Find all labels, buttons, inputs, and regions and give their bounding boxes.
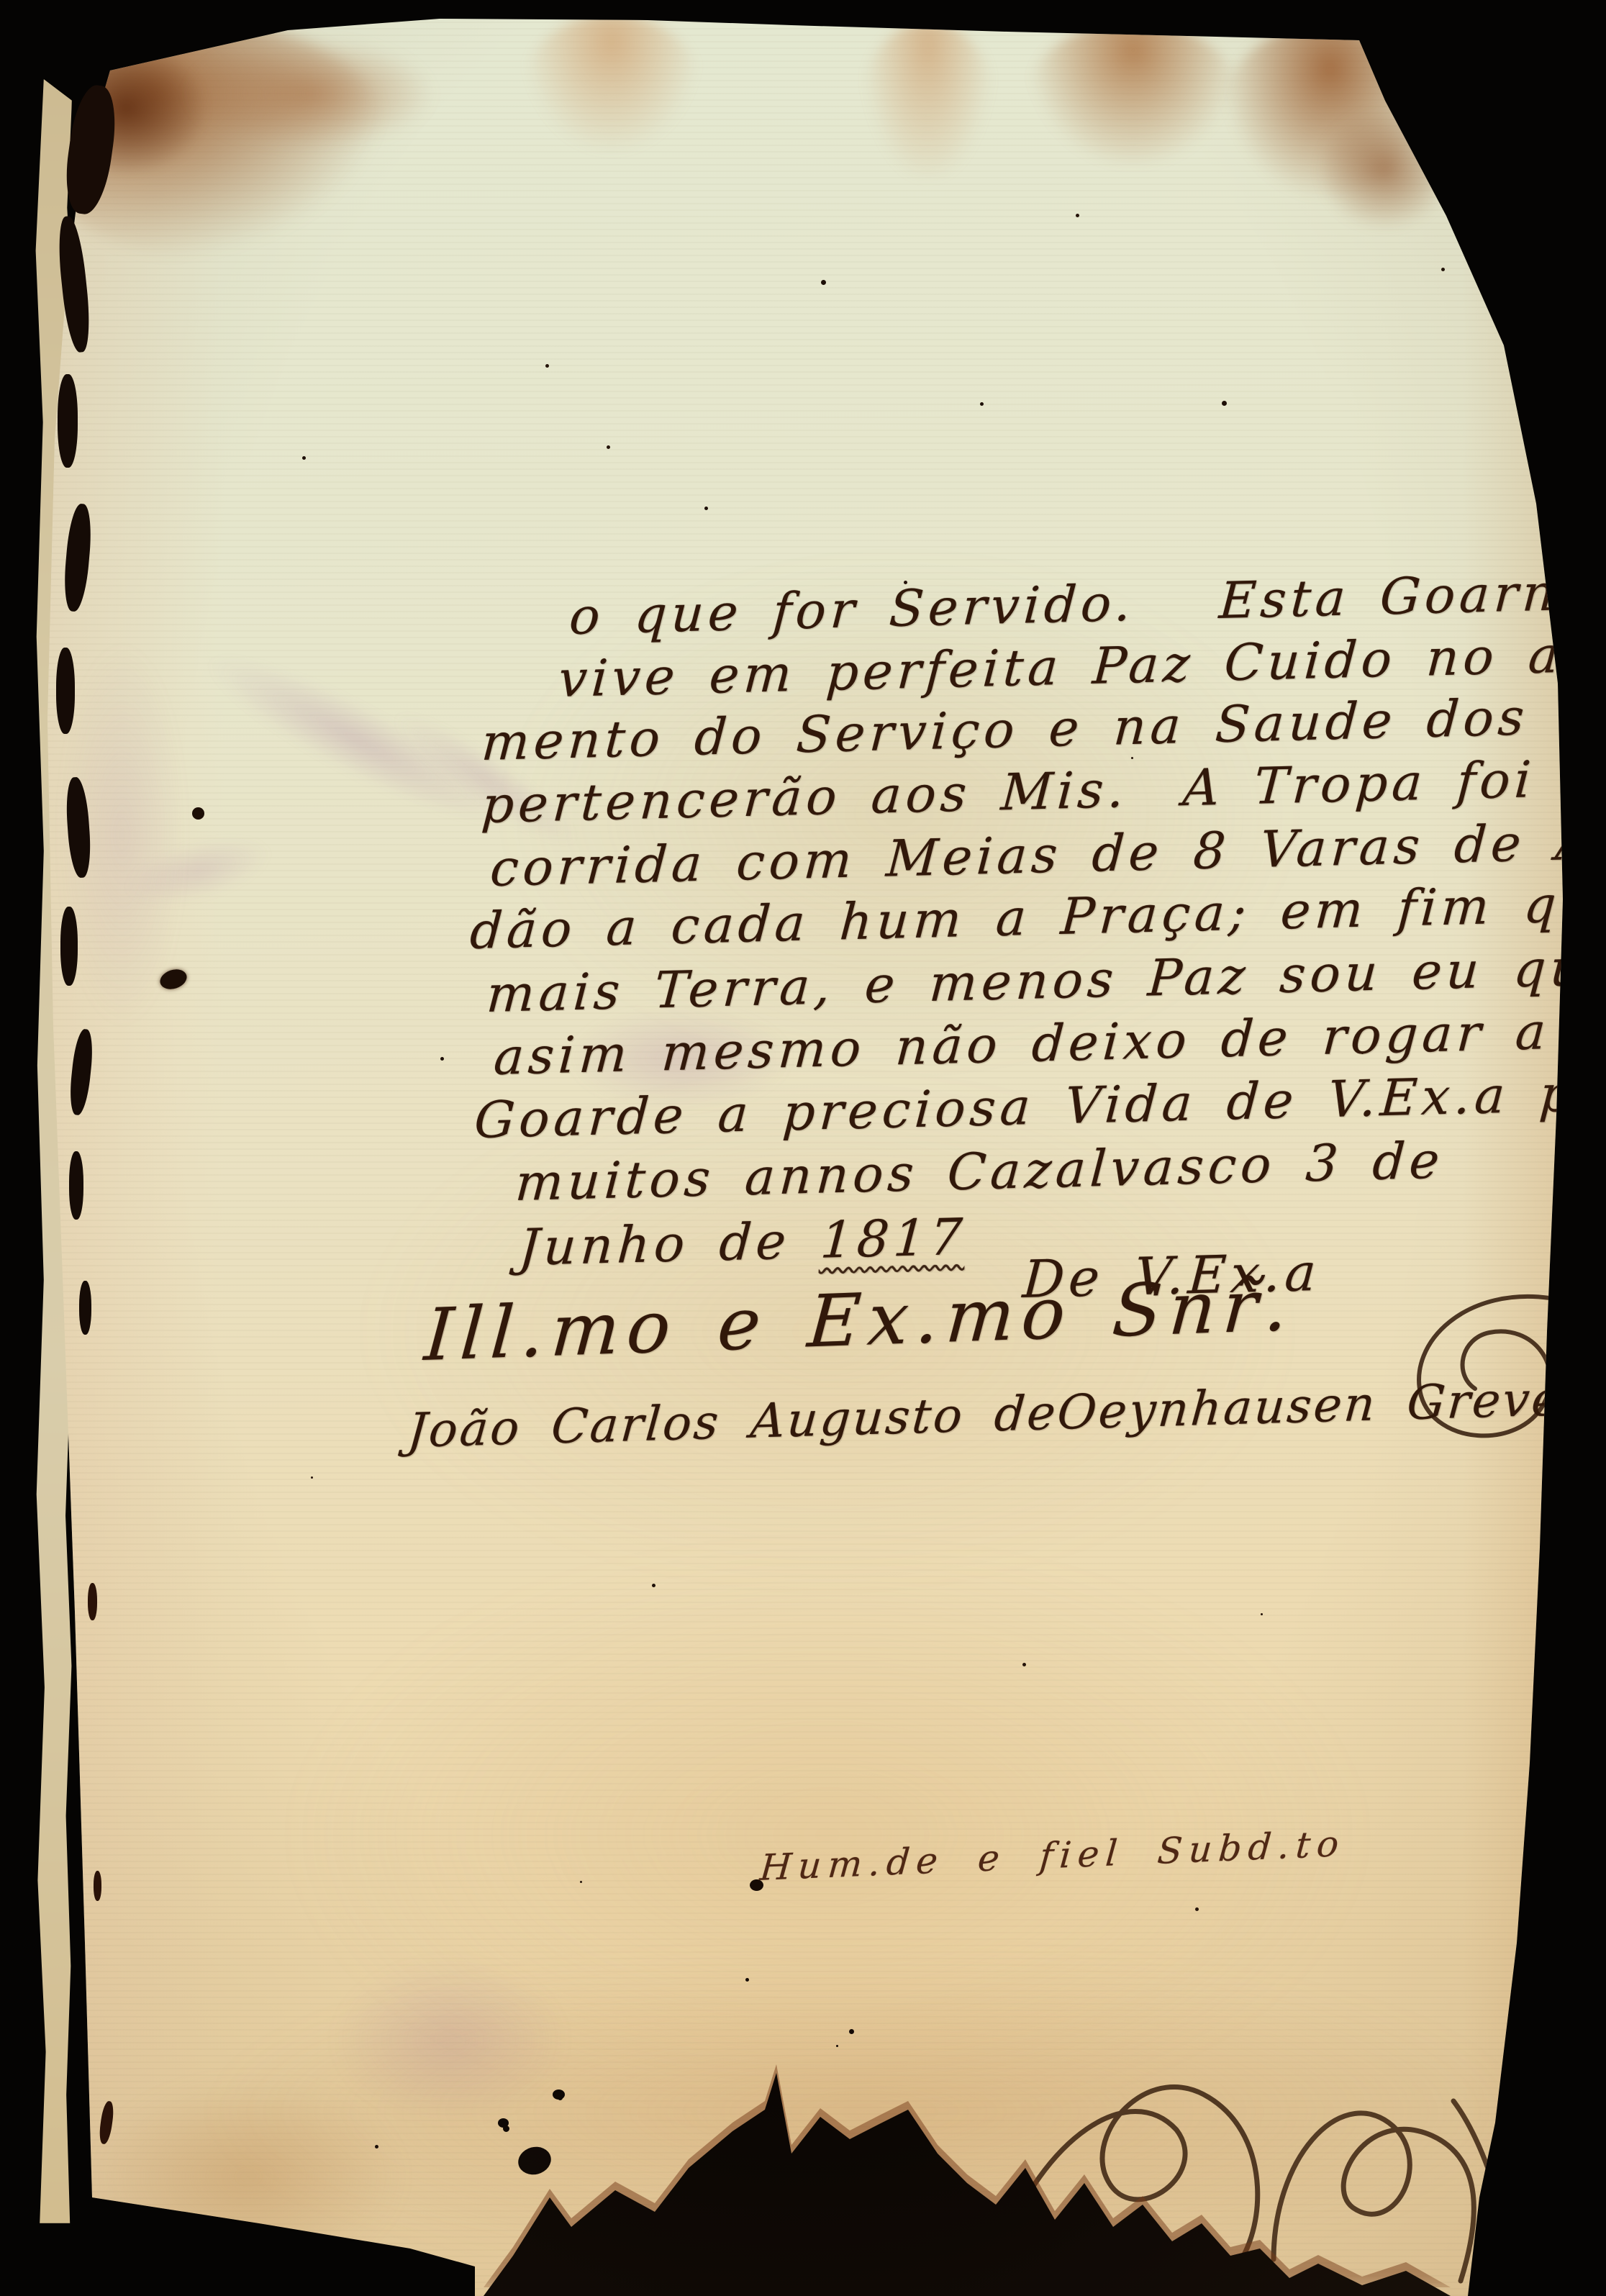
burn-blob-3 [553,2089,565,2100]
burn-blob-2 [498,2118,509,2128]
edge-chip-7 [60,907,78,986]
edge-chip-10 [79,1281,91,1335]
smudge-purple-5 [331,1957,568,2123]
edge-chip-3 [58,374,78,468]
edge-chip-11 [88,1583,97,1620]
edge-chip-12 [94,1871,101,1901]
stain-top-right-3 [1317,108,1453,230]
edge-chip-9 [69,1151,83,1220]
stain-top-left-arm [187,40,432,148]
scan-background: o que for Servido. Esta Goarnição e Povo… [0,0,1606,2296]
smudge-purple-1 [191,630,522,849]
date-year: 1817 [819,1207,968,1270]
stain-top-right-1 [1029,22,1238,165]
date-line: Junho de 1817 [517,1209,968,1276]
stain-top-mid-2 [863,22,993,180]
paper-sheet: o que for Servido. Esta Goarnição e Povo… [0,0,1606,2296]
edge-chip-5 [56,648,75,734]
stain-bottom-left-corner [94,2079,403,2274]
signature-paraph-icon [1389,1281,1590,1461]
date-prefix: Junho de [517,1211,822,1277]
stain-top-mid-1 [525,14,698,151]
